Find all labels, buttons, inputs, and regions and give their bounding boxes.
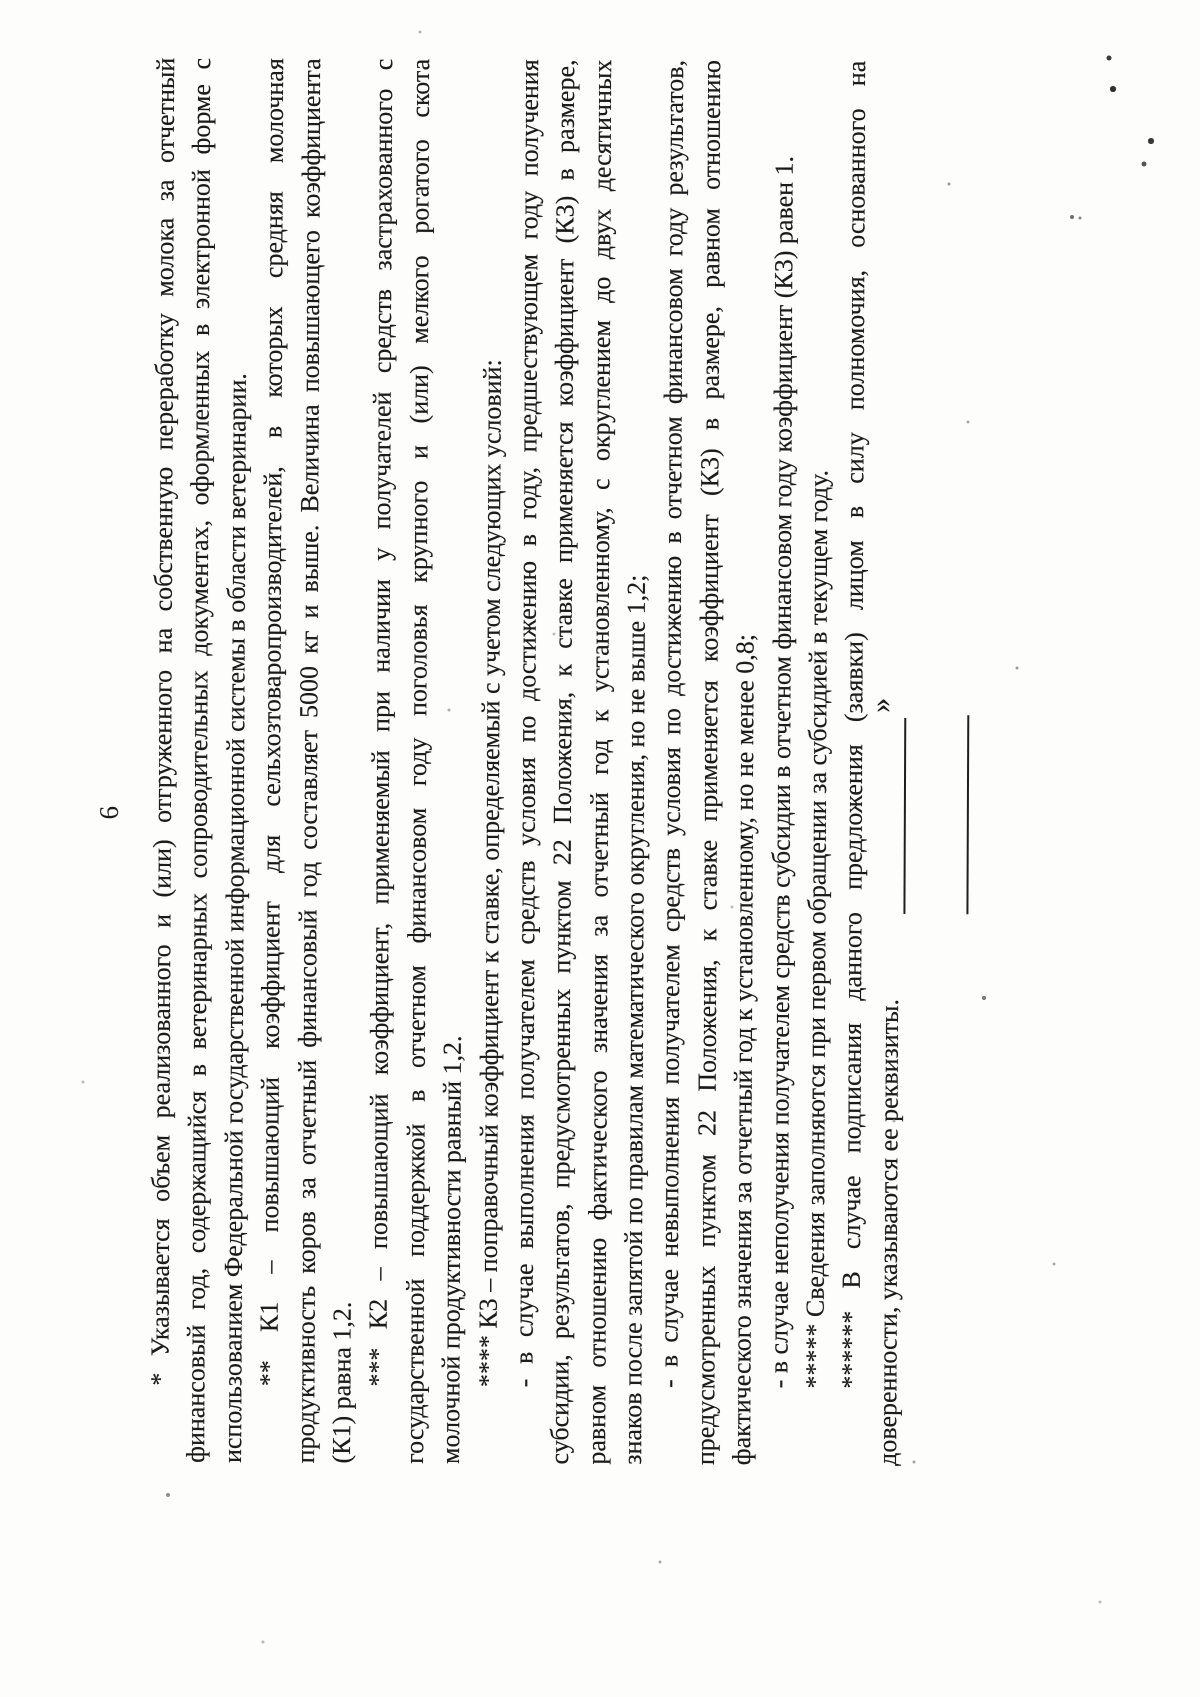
footnote-line: * Указывается объем реализованного и (ил… (142, 58, 185, 1463)
footnotes-text-block: * Указывается объем реализованного и (ил… (142, 58, 912, 1466)
footnote-line: равном отношению фактического значения з… (579, 60, 622, 1465)
footnote-line: знаков после запятой по правилам математ… (615, 60, 658, 1465)
footnote-line: *** К2 – повышающий коэффициент, применя… (360, 59, 403, 1464)
footnote-line: - в случае выполнения получателем средст… (506, 59, 549, 1464)
footnote-line: фактического значения за отчетный год к … (724, 60, 767, 1465)
footnote-line: - в случае неполучения получателем средс… (761, 60, 804, 1465)
scanned-page: 6 * Указывается объем реализованного и (… (0, 0, 1200, 1697)
footnote-line: финансовый год, содержащийся в ветеринар… (178, 58, 221, 1463)
page-number: 6 (94, 805, 124, 819)
footnote-line: ****** В случае подписания данного предл… (833, 61, 876, 1466)
footnote-line: - в случае невыполнения получателем сред… (651, 60, 694, 1465)
rotated-document-sheet: 6 * Указывается объем реализованного и (… (0, 0, 1200, 1697)
footnote-line: ***** Сведения заполняются при первом об… (797, 60, 840, 1465)
footnote-line: **** К3 – поправочный коэффициент к став… (470, 59, 513, 1464)
footnote-line: субсидии, результатов, предусмотренных п… (542, 59, 585, 1464)
closing-guillemet-mark: » (866, 698, 896, 713)
footnote-line: использованием Федеральной государственн… (215, 58, 258, 1463)
footnote-line: предусмотренных пунктом 22 Положения, к … (688, 60, 731, 1465)
scan-noise-specks (0, 0, 2, 2)
footnote-line: продуктивность коров за отчетный финансо… (288, 58, 331, 1463)
footnote-line: государственной поддержкой в отчетном фи… (397, 59, 440, 1464)
footnote-line: (К1) равна 1,2. (324, 58, 367, 1463)
footnote-line: молочной продуктивности равный 1,2. (433, 59, 476, 1464)
signature-blank-line-2 (966, 715, 969, 914)
footnote-line: ** К1 – повышающий коэффициент для сельх… (251, 58, 294, 1463)
